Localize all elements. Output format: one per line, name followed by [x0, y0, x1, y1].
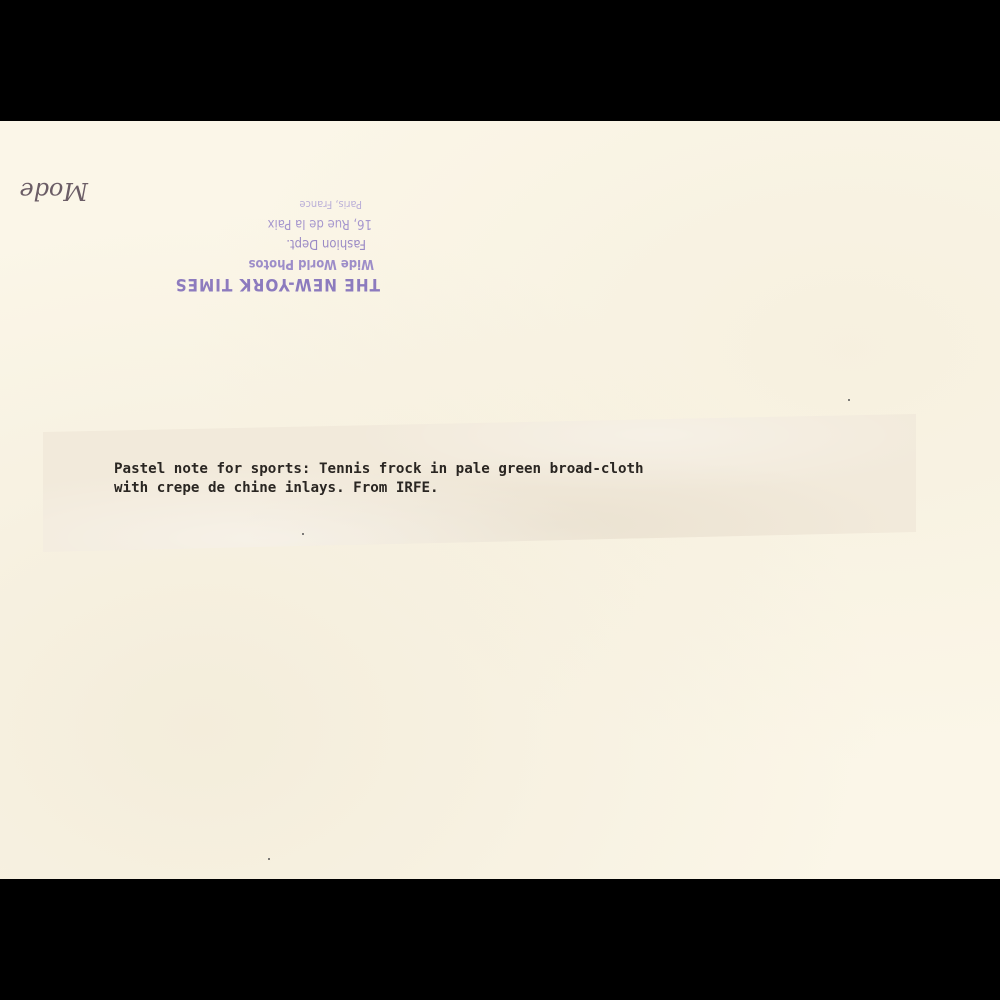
stamp-line-address: 16, Rue de la Paix	[150, 213, 380, 233]
ink-speck	[848, 399, 850, 401]
ink-speck	[268, 858, 270, 860]
caption-line-1: Pastel note for sports: Tennis frock in …	[114, 460, 814, 479]
stamp-line-city: Paris, France	[150, 195, 380, 213]
newspaper-stamp: THE NEW-YORK TIMES Wide World Photos Fas…	[150, 155, 380, 295]
caption-text: Pastel note for sports: Tennis frock in …	[114, 460, 814, 498]
stamp-line-agency: Wide World Photos	[150, 253, 380, 273]
handwritten-note: Mode	[18, 176, 88, 206]
ink-speck	[302, 533, 304, 535]
caption-line-2: with crepe de chine inlays. From IRFE.	[114, 479, 814, 498]
stamp-line-publisher: THE NEW-YORK TIMES	[150, 273, 380, 295]
stamp-line-department: Fashion Dept.	[150, 233, 380, 253]
